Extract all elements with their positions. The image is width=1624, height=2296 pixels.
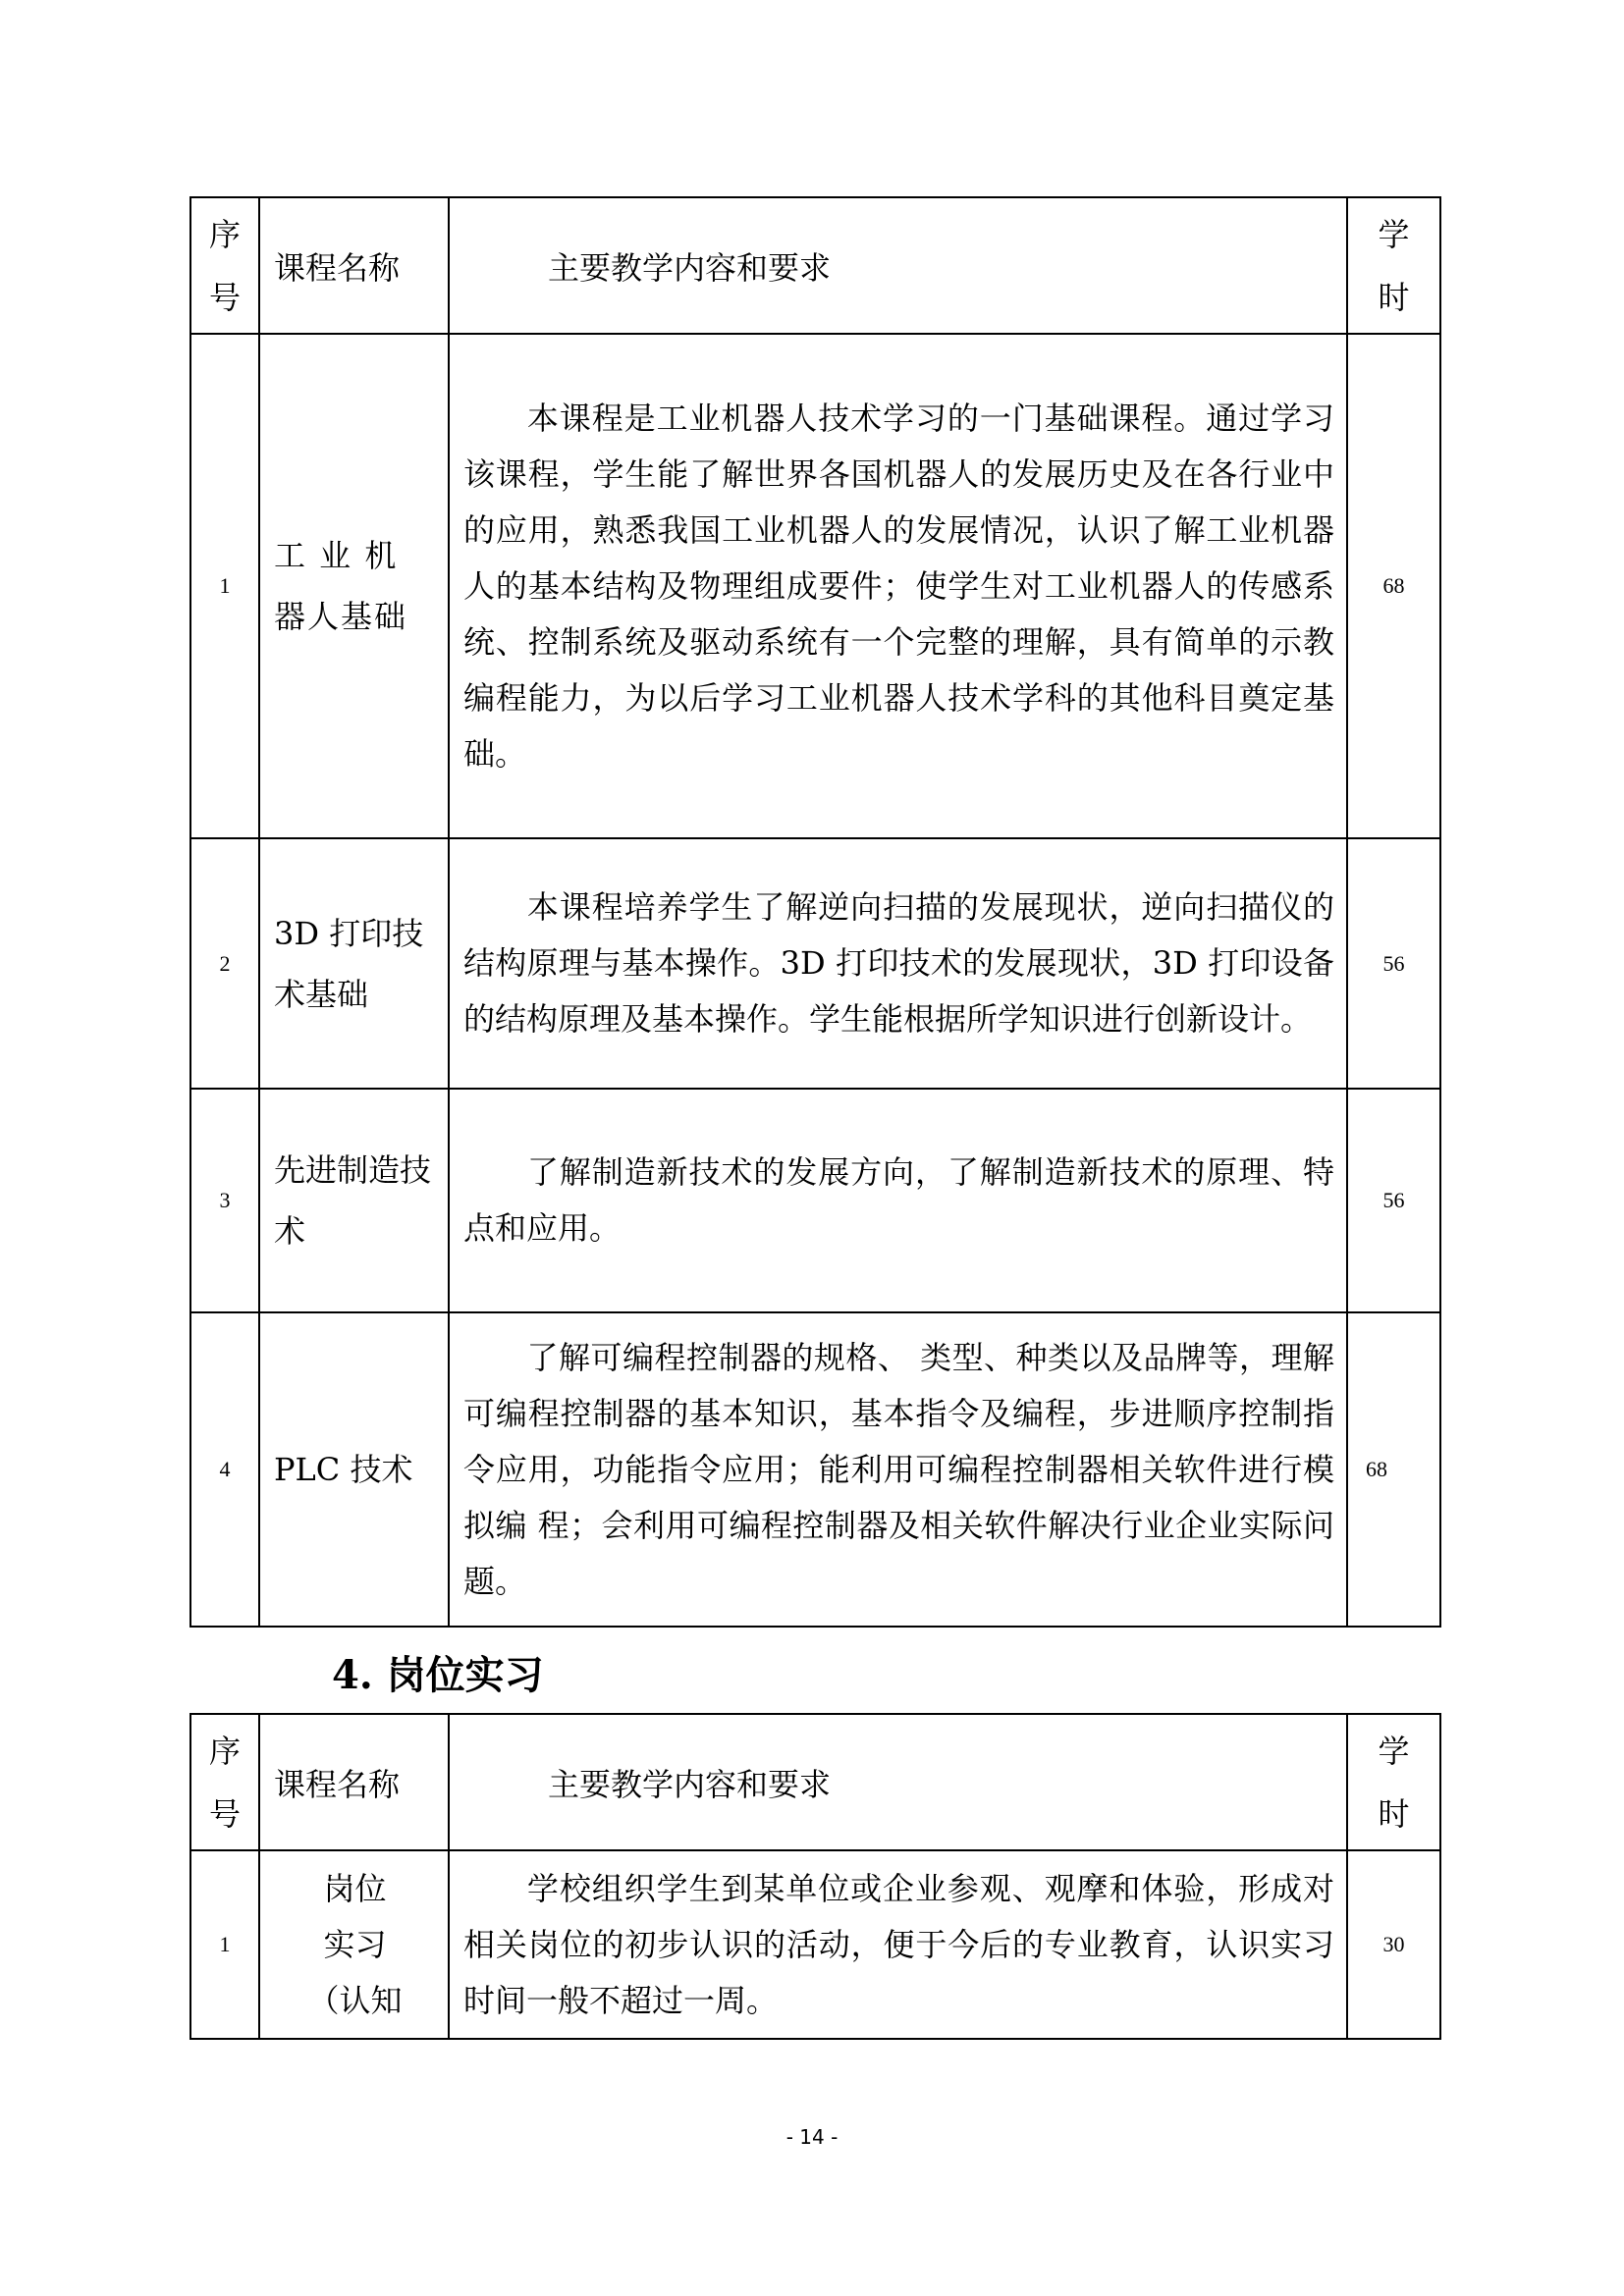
row-hours: 68 bbox=[1347, 334, 1440, 838]
row-hours: 68 bbox=[1347, 1312, 1440, 1627]
row-course-name: 先进制造技术 bbox=[259, 1089, 449, 1312]
row-hours: 30 bbox=[1347, 1850, 1440, 2039]
row-hours: 56 bbox=[1347, 838, 1440, 1089]
row-course-name: 工 业 机 器人基础 bbox=[259, 334, 449, 838]
header-hours: 学时 bbox=[1347, 197, 1440, 334]
row-seq: 4 bbox=[190, 1312, 259, 1627]
table-row: 2 3D 打印技术基础 本课程培养学生了解逆向扫描的发展现状，逆向扫描仪的结构原… bbox=[190, 838, 1440, 1089]
section-heading: 4. 岗位实习 bbox=[332, 1644, 544, 1700]
header-seq: 序号 bbox=[190, 197, 259, 334]
row-content: 学校组织学生到某单位或企业参观、观摩和体验，形成对相关岗位的初步认识的活动，便于… bbox=[449, 1850, 1347, 2039]
table-row: 3 先进制造技术 了解制造新技术的发展方向，了解制造新技术的原理、特点和应用。 … bbox=[190, 1089, 1440, 1312]
row-seq: 2 bbox=[190, 838, 259, 1089]
row-course-name: 3D 打印技术基础 bbox=[259, 838, 449, 1089]
row-content: 了解制造新技术的发展方向，了解制造新技术的原理、特点和应用。 bbox=[449, 1089, 1347, 1312]
table-header-row: 序号 课程名称 主要教学内容和要求 学时 bbox=[190, 197, 1440, 334]
internship-table: 序号 课程名称 主要教学内容和要求 学时 1 岗位实习（认知 学校组织学生到某单… bbox=[189, 1713, 1441, 2040]
table-row: 1 岗位实习（认知 学校组织学生到某单位或企业参观、观摩和体验，形成对相关岗位的… bbox=[190, 1850, 1440, 2039]
table-row: 4 PLC 技术 了解可编程控制器的规格、 类型、种类以及品牌等，理解可编程控制… bbox=[190, 1312, 1440, 1627]
header-hours: 学时 bbox=[1347, 1714, 1440, 1850]
table-row: 1 工 业 机 器人基础 本课程是工业机器人技术学习的一门基础课程。通过学习该课… bbox=[190, 334, 1440, 838]
row-hours: 56 bbox=[1347, 1089, 1440, 1312]
header-seq: 序号 bbox=[190, 1714, 259, 1850]
row-content: 本课程培养学生了解逆向扫描的发展现状，逆向扫描仪的结构原理与基本操作。3D 打印… bbox=[449, 838, 1347, 1089]
table-header-row: 序号 课程名称 主要教学内容和要求 学时 bbox=[190, 1714, 1440, 1850]
row-course-name: 岗位实习（认知 bbox=[259, 1850, 449, 2039]
course-table: 序号 课程名称 主要教学内容和要求 学时 1 工 业 机 器人基础 本课程是工业… bbox=[189, 196, 1441, 1628]
row-seq: 1 bbox=[190, 1850, 259, 2039]
row-seq: 1 bbox=[190, 334, 259, 838]
row-seq: 3 bbox=[190, 1089, 259, 1312]
page-number: - 14 - bbox=[0, 2125, 1624, 2149]
row-course-name: PLC 技术 bbox=[259, 1312, 449, 1627]
row-content: 本课程是工业机器人技术学习的一门基础课程。通过学习该课程，学生能了解世界各国机器… bbox=[449, 334, 1347, 838]
header-course-name: 课程名称 bbox=[259, 1714, 449, 1850]
row-content: 了解可编程控制器的规格、 类型、种类以及品牌等，理解可编程控制器的基本知识，基本… bbox=[449, 1312, 1347, 1627]
header-content: 主要教学内容和要求 bbox=[449, 1714, 1347, 1850]
header-course-name: 课程名称 bbox=[259, 197, 449, 334]
header-content: 主要教学内容和要求 bbox=[449, 197, 1347, 334]
